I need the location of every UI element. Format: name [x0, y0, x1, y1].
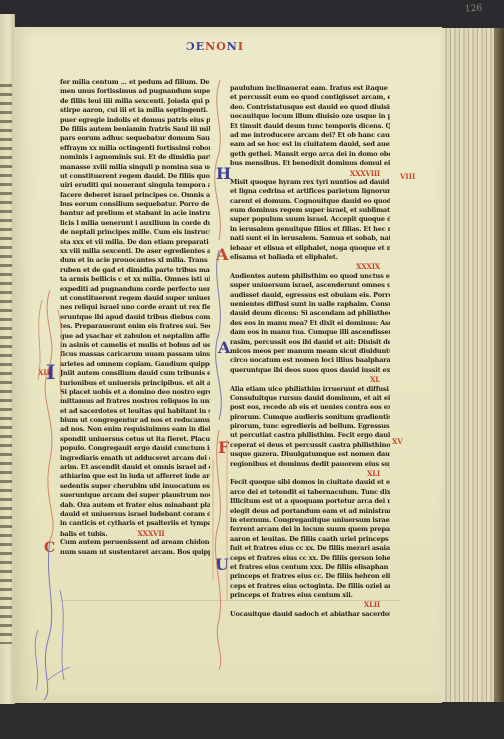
text-line-with-rubric: balis et tubis.XXXVII: [60, 529, 210, 538]
text-line: nominis i agnominis sui. Et de dimidia p…: [60, 153, 210, 162]
text-line: spondit uniuersus cetus ut ita fieret. P…: [60, 435, 210, 444]
text-line: que ad ysachar et zabulon et neptalim af…: [60, 332, 210, 341]
text-line: eruntque ibi apud dauid tribus diebus co…: [60, 313, 210, 322]
folio-number: 126: [465, 3, 483, 14]
chapter-rubric: XXXVII: [137, 529, 164, 538]
text-line: arim. Et ascendit dauid et omnis israel …: [60, 463, 210, 472]
text-line: ut constituerent regem dauid super uniue…: [60, 294, 210, 303]
text-line: turionibus et uniuersis principibus. et …: [60, 379, 210, 388]
text-line: dum et in acie prouocantes xl milia. Tra…: [60, 256, 210, 265]
text-line: dauid et uniuersus israel ludebant coram…: [60, 510, 210, 519]
text-line: et fratres eius centum xxx. De filiis el…: [230, 563, 390, 572]
chapter-rubric: XLII: [230, 600, 390, 609]
chapter-rubric: XL: [230, 375, 390, 384]
text-line: fer milia centum ... et pedum ad filium.…: [60, 78, 210, 87]
text-line: elegit deus ad portandum eam et ad minis…: [230, 507, 390, 516]
ruling-line: [60, 600, 400, 601]
text-line: men unus fortissimus ad pugnandum super …: [60, 87, 210, 96]
penwork-flourish-center: [205, 80, 235, 670]
text-line: ad me introducere arcam dei? Et ob hanc …: [230, 131, 390, 140]
text-line: ingrediaris emath ut adduceret arcam dei…: [60, 454, 210, 463]
text-line: ceperat ei deus et percussit castra phil…: [230, 441, 390, 450]
running-head-red-2: I: [238, 40, 244, 53]
text-line: nati sunt ei in ierusalem. Samua et soba…: [230, 234, 390, 243]
text-line: pars eorum adhuc sequebatur domum Saul. …: [60, 134, 210, 143]
text-line: ut percutiat castra philisthim. Fecit er…: [230, 431, 390, 440]
text-line: pirorum, tunc egredieris ad bellum. Egre…: [230, 422, 390, 431]
text-line: Consuluitque rursus dauid dominum, et ai…: [230, 394, 390, 403]
running-head-blue: ƆE: [186, 40, 205, 53]
text-line: Cum autem peruenissent ad aream chidon e…: [60, 538, 210, 547]
text-column-left: fer milia centum ... et pedum ad filium.…: [60, 78, 210, 557]
photo-backdrop-bottom: [0, 702, 504, 739]
text-line: Uocauitque dauid sadoch et abiathar sace…: [230, 610, 390, 619]
text-line: bus mensibus. Et benedixit dominus domui…: [230, 159, 390, 168]
running-head: ƆENONI: [186, 40, 244, 53]
text-line: carent ei domum. Cognouitque dauid eo qu…: [230, 197, 390, 206]
text-line: in eternum. Congregauitque uniuersum isr…: [230, 516, 390, 525]
text-line: uiri eruditi qui nouerant singula tempor…: [60, 181, 210, 190]
text-line: fuit et fratres eius cc xx. De filiis me…: [230, 544, 390, 553]
text-line: elisama et baliada et eliphalet.: [230, 253, 390, 262]
text-line: ruben et de gad et dimidia parte tribus …: [60, 266, 210, 275]
text-line: Illicitum est ut a quoquam portetur arca…: [230, 497, 390, 506]
text-line: athiarim que est in iuda ut afferret ind…: [60, 472, 210, 481]
text-line: dam eos in manu tua. Cumque illi ascendi…: [230, 328, 390, 337]
text-line: uenientes diffusi sunt in ualle raphaim.…: [230, 300, 390, 309]
text-line: de filiis leui iiii milia sexcenti. Joia…: [60, 97, 210, 106]
text-line: nes reliqui israel uno corde erant ut re…: [60, 303, 210, 312]
photo-backdrop-top: [0, 0, 504, 30]
text-line: De filiis autem beniamin fratris Saul ii…: [60, 125, 210, 134]
chapter-rubric: XXXIX: [230, 262, 390, 271]
text-line: et ligna cedrina et artifices parietum l…: [230, 187, 390, 196]
text-line: sedentis super cherubim ubi inuocatum es…: [60, 482, 210, 491]
text-line: dab. Oza autem et frater eius minabant p…: [60, 501, 210, 510]
text-line: paululum inclinauerat eam. Iratus est it…: [230, 84, 390, 93]
text-line: uocauitque locum illum diuisio oze usque…: [230, 112, 390, 121]
text-line: Et timuit dauid deum tunc temporis dicen…: [230, 122, 390, 131]
text-line: xx viii milia sexcenti. De aser egredien…: [60, 247, 210, 256]
text-line: Jniit autem consilium dauid cum tribunis…: [60, 369, 210, 378]
text-line: usque gazera. Diuulgatumque est nomen da…: [230, 450, 390, 459]
margin-numeral-right-2: XV: [392, 437, 403, 446]
text-line: aaron et leuitas. De filiis caath uriel …: [230, 535, 390, 544]
text-line: populo. Congregauit ergo dauid cunctum i…: [60, 444, 210, 453]
text-line: num suam ut sustentaret arcam. Bos quipp…: [60, 548, 210, 557]
text-line: licis l milia uenerunt i auxilium in cor…: [60, 219, 210, 228]
text-line: queruntque ibi deos suos quos dauid iuss…: [230, 366, 390, 375]
text-line: arietes ad omnem copiam. Gaudium quippe …: [60, 360, 210, 369]
text-line: sta xxx et vii milia. De dan etiam prepa…: [60, 238, 210, 247]
text-line: bium ut congregentur ad nos et reducamus…: [60, 416, 210, 425]
text-line: eum dominus regem super israel, et subli…: [230, 206, 390, 215]
text-line: ut constituerent regem dauid. De filiis …: [60, 172, 210, 181]
running-head-blue-2: N: [227, 40, 238, 53]
text-line: tes. Preparauerant enim eis fratres sui.…: [60, 322, 210, 331]
chapter-rubric: XLI: [230, 469, 390, 478]
margin-numeral-right-1: VIII: [400, 172, 415, 181]
text-line: eam ad se hoc est in ciuitatem dauid, se…: [230, 140, 390, 149]
text-line: deo. Contristatusque est dauid eo quod d…: [230, 103, 390, 112]
text-column-right: paululum inclinauerat eam. Iratus est it…: [230, 84, 390, 619]
text-line: sueruntque arcam dei super plaustrum nou…: [60, 491, 210, 500]
text-line: ad nos. Non enim requisiuimus eam in die…: [60, 425, 210, 434]
text-line: circo uocatum est nomen loci illius baal…: [230, 356, 390, 365]
text-line: Fecit quoque sibi domos in ciuitate daui…: [230, 478, 390, 487]
text-line: geth gethei. Mansit ergo arca dei in dom…: [230, 150, 390, 159]
text-line: mittamus ad fratres nostros reliquos in …: [60, 397, 210, 406]
text-line: princeps et fratres eius cc. De filiis h…: [230, 572, 390, 581]
chapter-rubric: XXXVIII: [230, 169, 390, 178]
facing-page-edge: [0, 14, 15, 704]
penwork-flourish-left: [30, 290, 70, 710]
text-line: audisset dauid, egressus est obuiam eis.…: [230, 291, 390, 300]
text-line: expediti ad pugnandum corde perfecto uen…: [60, 285, 210, 294]
text-line: super populum suum israel. Accepit quoqu…: [230, 215, 390, 224]
text-line: in ierusalem genuitque filios et filias.…: [230, 225, 390, 234]
running-head-red: NO: [205, 40, 227, 53]
text-line: regionibus et dominus dedit pauorem eius…: [230, 460, 390, 469]
text-line: ceps et fratres eius cc xx. De filiis ge…: [230, 554, 390, 563]
text-line: ferrent arcam dei in locum suum quem pre…: [230, 525, 390, 534]
text-line: bantur ad prelium et stabant in acie ins…: [60, 209, 210, 218]
text-line: stirpe aaron, cui iii et ia milia septin…: [60, 106, 210, 115]
text-line: micos meos per manum meam sicut diuidunt…: [230, 347, 390, 356]
text-line: Alia etiam uice philisthim irruerunt et …: [230, 385, 390, 394]
text-line: arce dei et tetendit ei tabernaculum. Tu…: [230, 488, 390, 497]
text-line: rasim, percussit eos ibi dauid et ait: D…: [230, 338, 390, 347]
fore-edge-pages: [442, 28, 504, 702]
text-line: super uniuersum israel, ascenderunt omne…: [230, 281, 390, 290]
text-line: facere deberet israel principes ce. Omni…: [60, 191, 210, 200]
text-line: ficus massas caricarum uuam passam uinum…: [60, 350, 210, 359]
text-line: in asinis et camelis et mulis et bobus a…: [60, 341, 210, 350]
facing-page-text: [0, 84, 12, 644]
text-line: de neptali principes mille. Cum eis inst…: [60, 228, 210, 237]
text-line: et percussit eum eo quod contigisset arc…: [230, 93, 390, 102]
text-line: puer egregie indolis et domus patris eiu…: [60, 116, 210, 125]
text-line: post eos, recede ab eis et uenies contra…: [230, 403, 390, 412]
text-line: manasse xviii milia singuli p nomina sua…: [60, 163, 210, 172]
text-line: des eos in manu mea? Et dixit ei dominus…: [230, 319, 390, 328]
text-line: et ad sacerdotes et leuitas qui habitant…: [60, 407, 210, 416]
text-line: Misit quoque hyram rex tyri nuntios ad d…: [230, 178, 390, 187]
text-line: bus eorum consilium sequebatur. Porro de…: [60, 200, 210, 209]
text-line: effraym xx milia octingenti fortissimi r…: [60, 144, 210, 153]
text-line: ta armis bellicis c et xx milia. Omnes i…: [60, 275, 210, 284]
text-line: iebaar et elisua et eliphalet, noga quoq…: [230, 244, 390, 253]
text-line: Si placet uobis et a domino deo nostro e…: [60, 388, 210, 397]
text-line: dauid deum dicens: Si ascendam ad philis…: [230, 309, 390, 318]
text-line: in canticis et cytharis et psalteriis et…: [60, 519, 210, 528]
text-line: Audientes autem philisthim eo quod unctu…: [230, 272, 390, 281]
text-line: pirorum. Cumque audieris sonitum gradien…: [230, 413, 390, 422]
text-line: ceps et fratres eius octoginta. De filii…: [230, 582, 390, 591]
